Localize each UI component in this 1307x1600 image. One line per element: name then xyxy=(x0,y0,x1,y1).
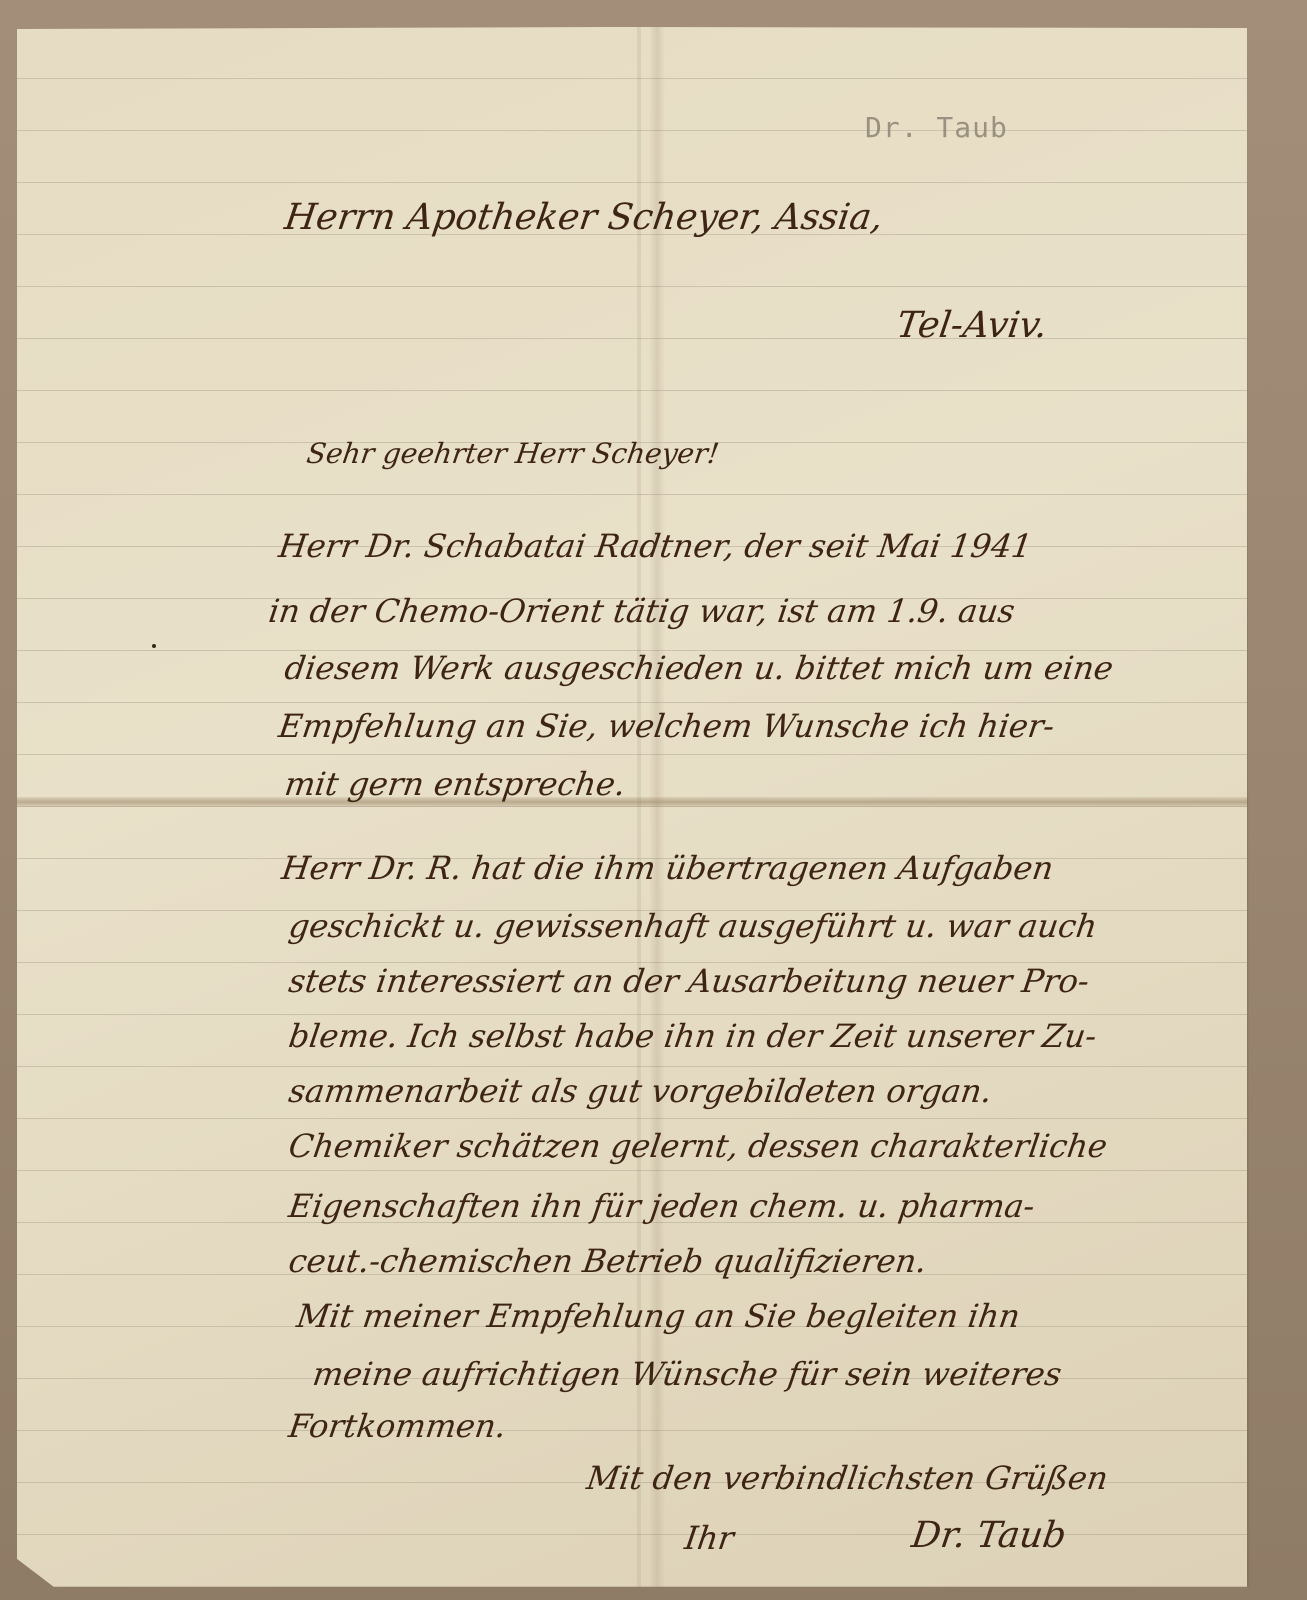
paragraph3-line3: Fortkommen. xyxy=(286,1407,508,1445)
paragraph1-line4: Empfehlung an Sie, welchem Wunsche ich h… xyxy=(276,707,1057,745)
paragraph2-line2: geschickt u. gewissenhaft ausgeführt u. … xyxy=(286,907,1099,945)
paragraph1-line2: in der Chemo-Orient tätig war, ist am 1.… xyxy=(266,592,1017,630)
closing-ihr: Ihr xyxy=(682,1519,736,1557)
vertical-fold-line xyxy=(637,27,641,1587)
recipient-address-line1: Herrn Apotheker Scheyer, Assia, xyxy=(282,197,885,238)
salutation: Sehr geehrter Herr Scheyer! xyxy=(305,437,721,470)
paragraph3-line1: Mit meiner Empfehlung an Sie begleiten i… xyxy=(294,1297,1022,1335)
paragraph1-line1: Herr Dr. Schabatai Radtner, der seit Mai… xyxy=(276,527,1034,565)
recipient-address-line2: Tel-Aviv. xyxy=(894,305,1050,346)
paragraph1-line5: mit gern entspreche. xyxy=(282,765,628,803)
paragraph2-line4: bleme. Ich selbst habe ihn in der Zeit u… xyxy=(286,1017,1099,1055)
letter-paper: Dr. Taub Herrn Apotheker Scheyer, Assia,… xyxy=(17,27,1247,1587)
ink-mark xyxy=(152,644,156,648)
paragraph3-line2: meine aufrichtigen Wünsche für sein weit… xyxy=(310,1355,1064,1393)
paragraph2-line7: Eigenschaften ihn für jeden chem. u. pha… xyxy=(286,1187,1037,1225)
paragraph2-line8: ceut.-chemischen Betrieb qualifizieren. xyxy=(286,1242,929,1280)
paragraph1-line3: diesem Werk ausgeschieden u. bittet mich… xyxy=(282,649,1115,687)
paragraph2-line5: sammenarbeit als gut vorgebildeten organ… xyxy=(286,1072,994,1110)
paragraph2-line1: Herr Dr. R. hat die ihm übertragenen Auf… xyxy=(279,849,1056,887)
closing-greeting: Mit den verbindlichsten Grüßen xyxy=(584,1459,1110,1497)
horizontal-fold-line xyxy=(17,797,1247,807)
letterhead-stamp: Dr. Taub xyxy=(865,111,1008,144)
paragraph2-line6: Chemiker schätzen gelernt, dessen charak… xyxy=(286,1127,1109,1165)
signature: Dr. Taub xyxy=(909,1515,1069,1556)
paragraph2-line3: stets interessiert an der Ausarbeitung n… xyxy=(286,962,1091,1000)
